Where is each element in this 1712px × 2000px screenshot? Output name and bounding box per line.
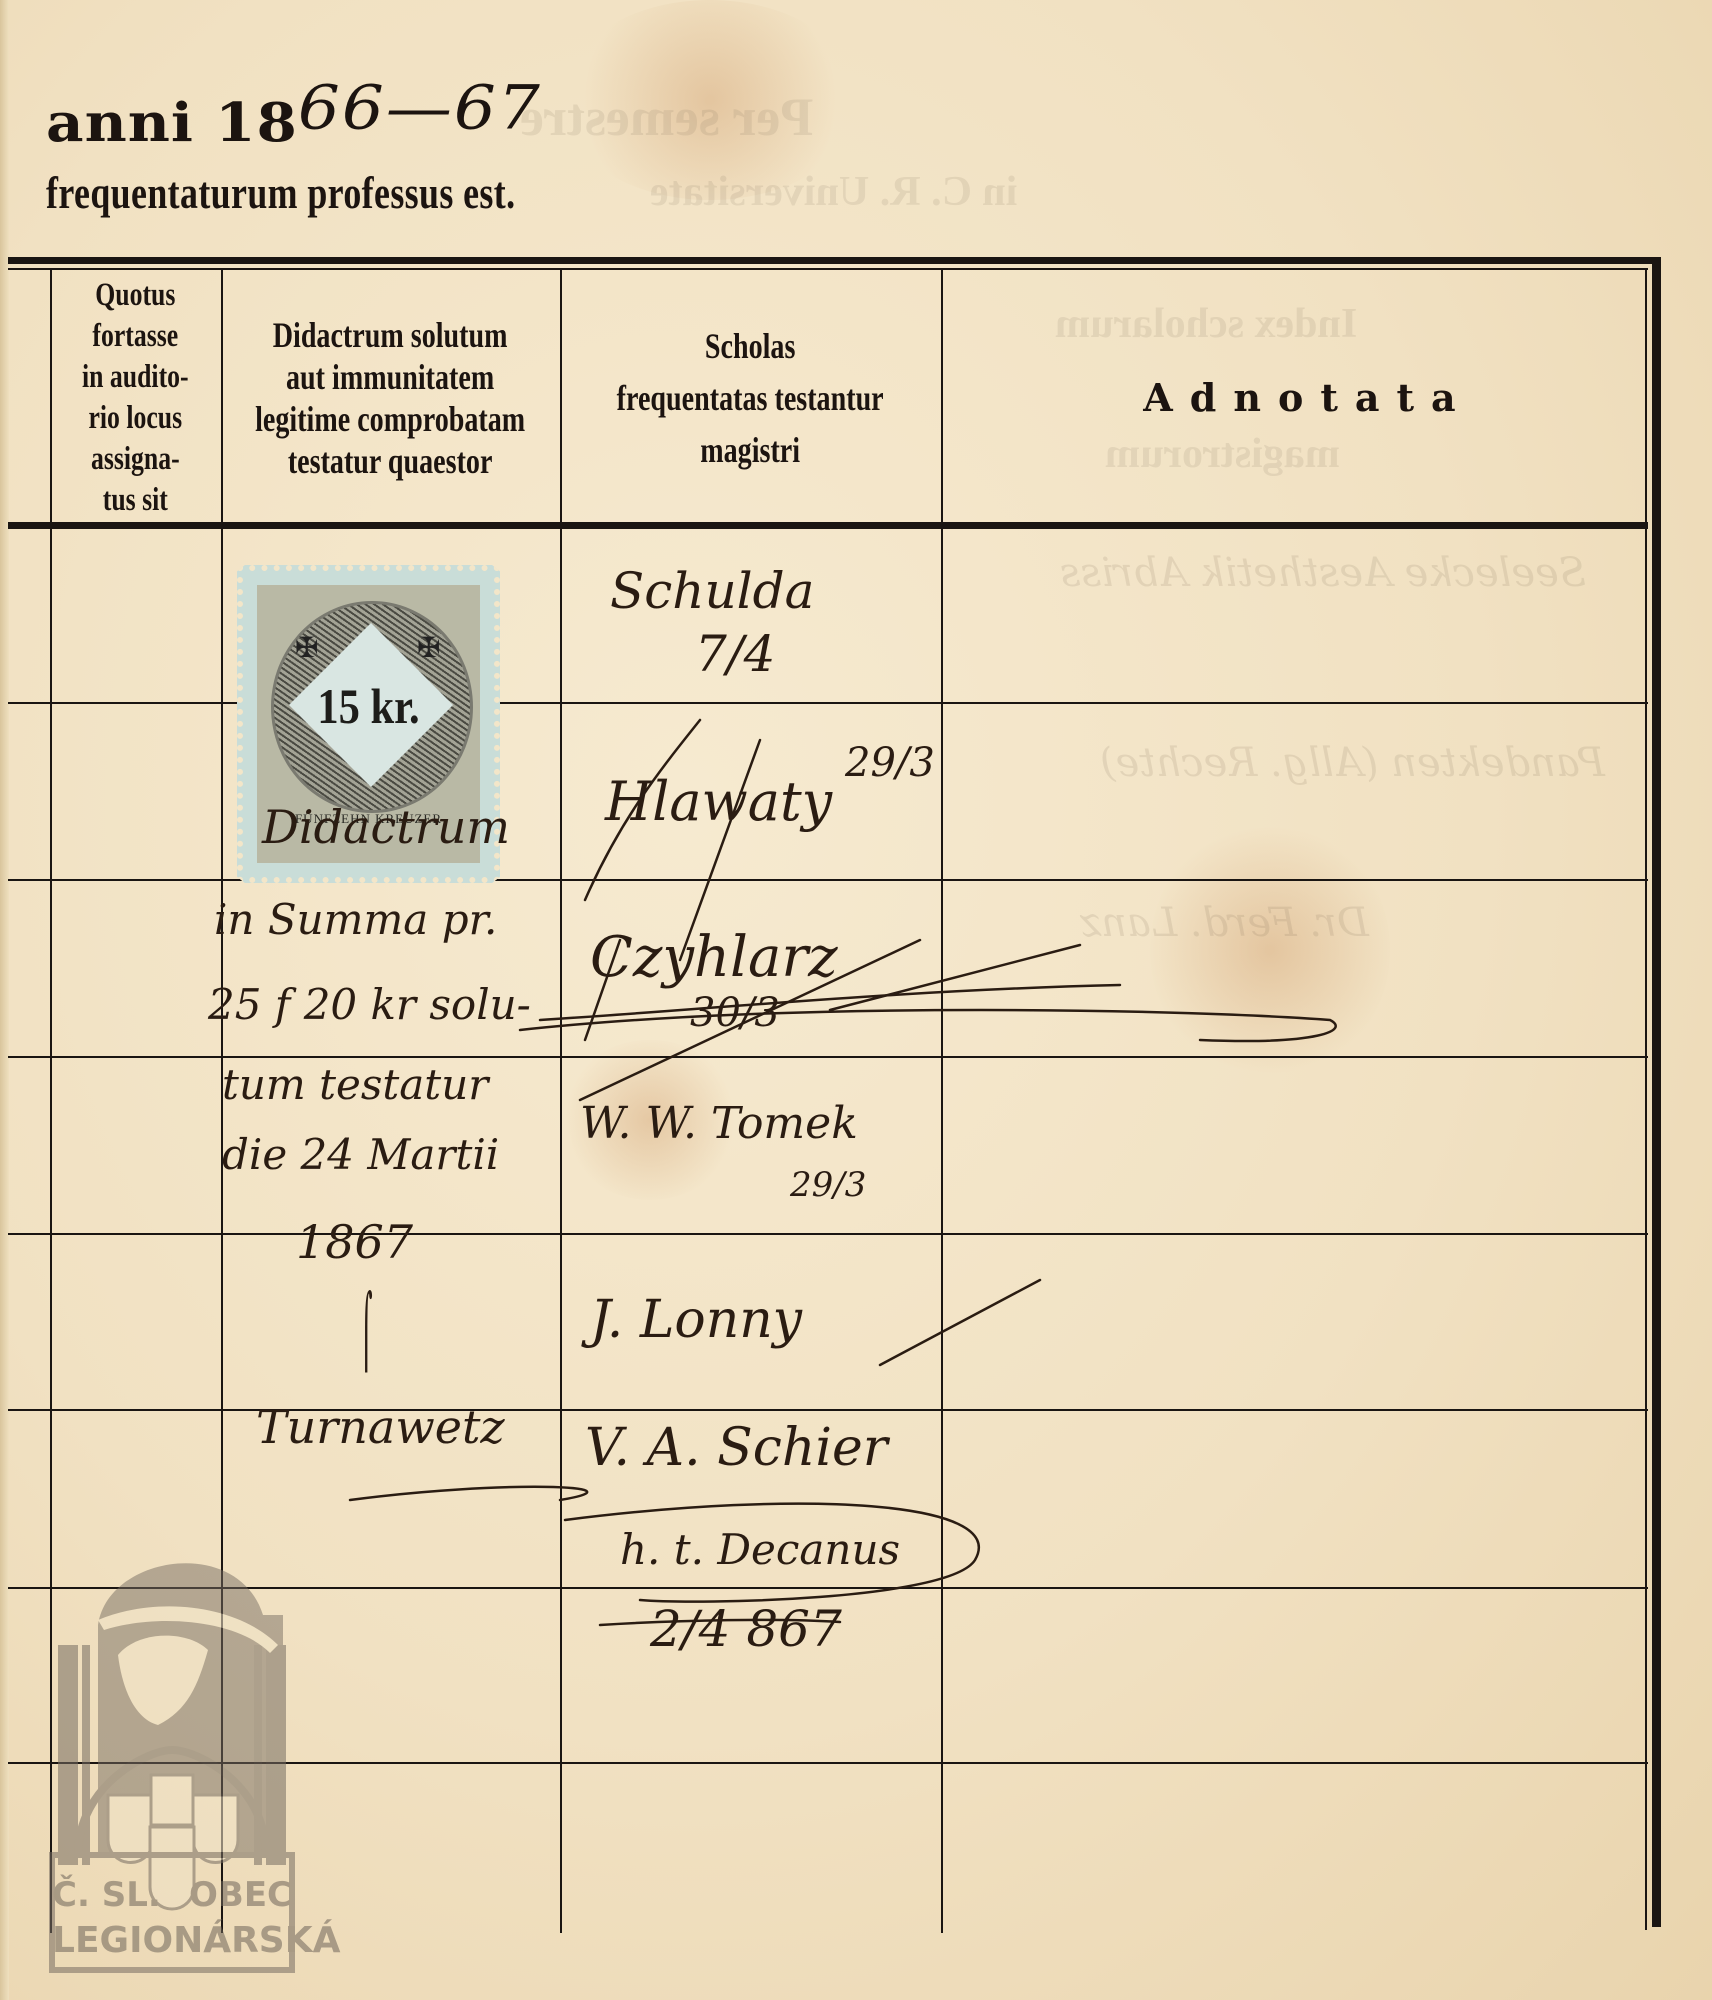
watermark-text: Č. SL. [52,1875,161,1915]
watermark-logo: Č. SL. OBEC LEGIONÁRSKÁ [38,1535,306,1975]
watermark-text: LEGIONÁRSKÁ [52,1920,292,1961]
watermark-text: OBEC [189,1875,292,1915]
